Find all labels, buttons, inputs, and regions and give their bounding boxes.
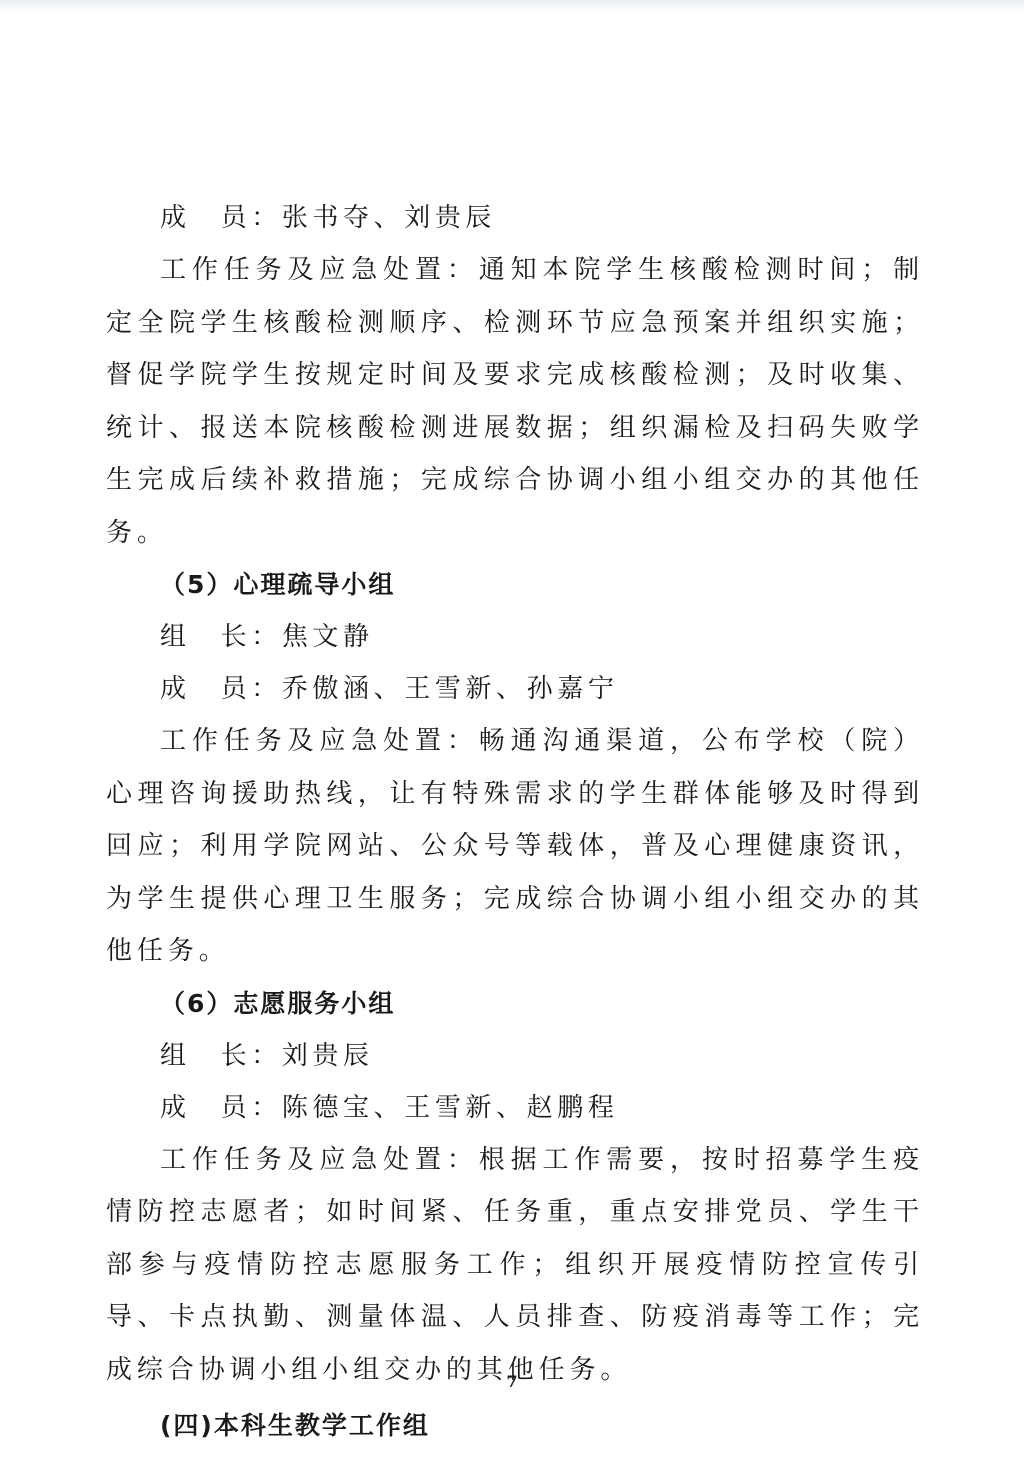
field-label: 成 xyxy=(160,674,191,704)
members-value: 乔傲涵、王雪新、孙嘉宁 xyxy=(282,674,619,704)
leader-field: 组长：刘贵辰 xyxy=(106,1030,924,1082)
members-value: 陈德宝、王雪新、赵鹏程 xyxy=(282,1093,619,1123)
field-label: 长： xyxy=(221,1041,282,1071)
leader-value: 焦文静 xyxy=(282,622,374,652)
field-label: 成 xyxy=(160,1093,191,1123)
field-label: 员： xyxy=(221,203,282,233)
field-label: 长： xyxy=(221,622,282,652)
field-label: 员： xyxy=(221,674,282,704)
scan-edge-artifact xyxy=(0,0,1024,12)
members-field: 成员：乔傲涵、王雪新、孙嘉宁 xyxy=(106,663,924,715)
field-label: 成 xyxy=(160,203,191,233)
task-paragraph-testing: 工作任务及应急处置：通知本院学生核酸检测时间；制定全院学生核酸检测顺序、检测环节… xyxy=(106,244,924,559)
subgroup-heading-volunteer: （6）志愿服务小组 xyxy=(106,978,924,1030)
members-value: 张书夺、刘贵辰 xyxy=(282,203,496,233)
document-page: 成员：张书夺、刘贵辰 工作任务及应急处置：通知本院学生核酸检测时间；制定全院学生… xyxy=(106,192,924,1452)
subgroup-heading-psychology: （5）心理疏导小组 xyxy=(106,559,924,611)
field-label: 组 xyxy=(160,622,191,652)
task-paragraph-volunteer: 工作任务及应急处置：根据工作需要，按时招募学生疫情防控志愿者；如时间紧、任务重，… xyxy=(106,1134,924,1397)
leader-value: 刘贵辰 xyxy=(282,1041,374,1071)
members-field: 成员：陈德宝、王雪新、赵鹏程 xyxy=(106,1082,924,1134)
field-label: 组 xyxy=(160,1041,191,1071)
leader-field: 组长：焦文静 xyxy=(106,611,924,663)
field-label: 员： xyxy=(221,1093,282,1123)
page-number: 7 xyxy=(0,1372,1024,1391)
members-field: 成员：张书夺、刘贵辰 xyxy=(106,192,924,244)
section-heading-undergrad-teaching: (四)本科生教学工作组 xyxy=(106,1400,924,1452)
task-paragraph-psychology: 工作任务及应急处置：畅通沟通渠道，公布学校（院）心理咨询援助热线，让有特殊需求的… xyxy=(106,715,924,978)
